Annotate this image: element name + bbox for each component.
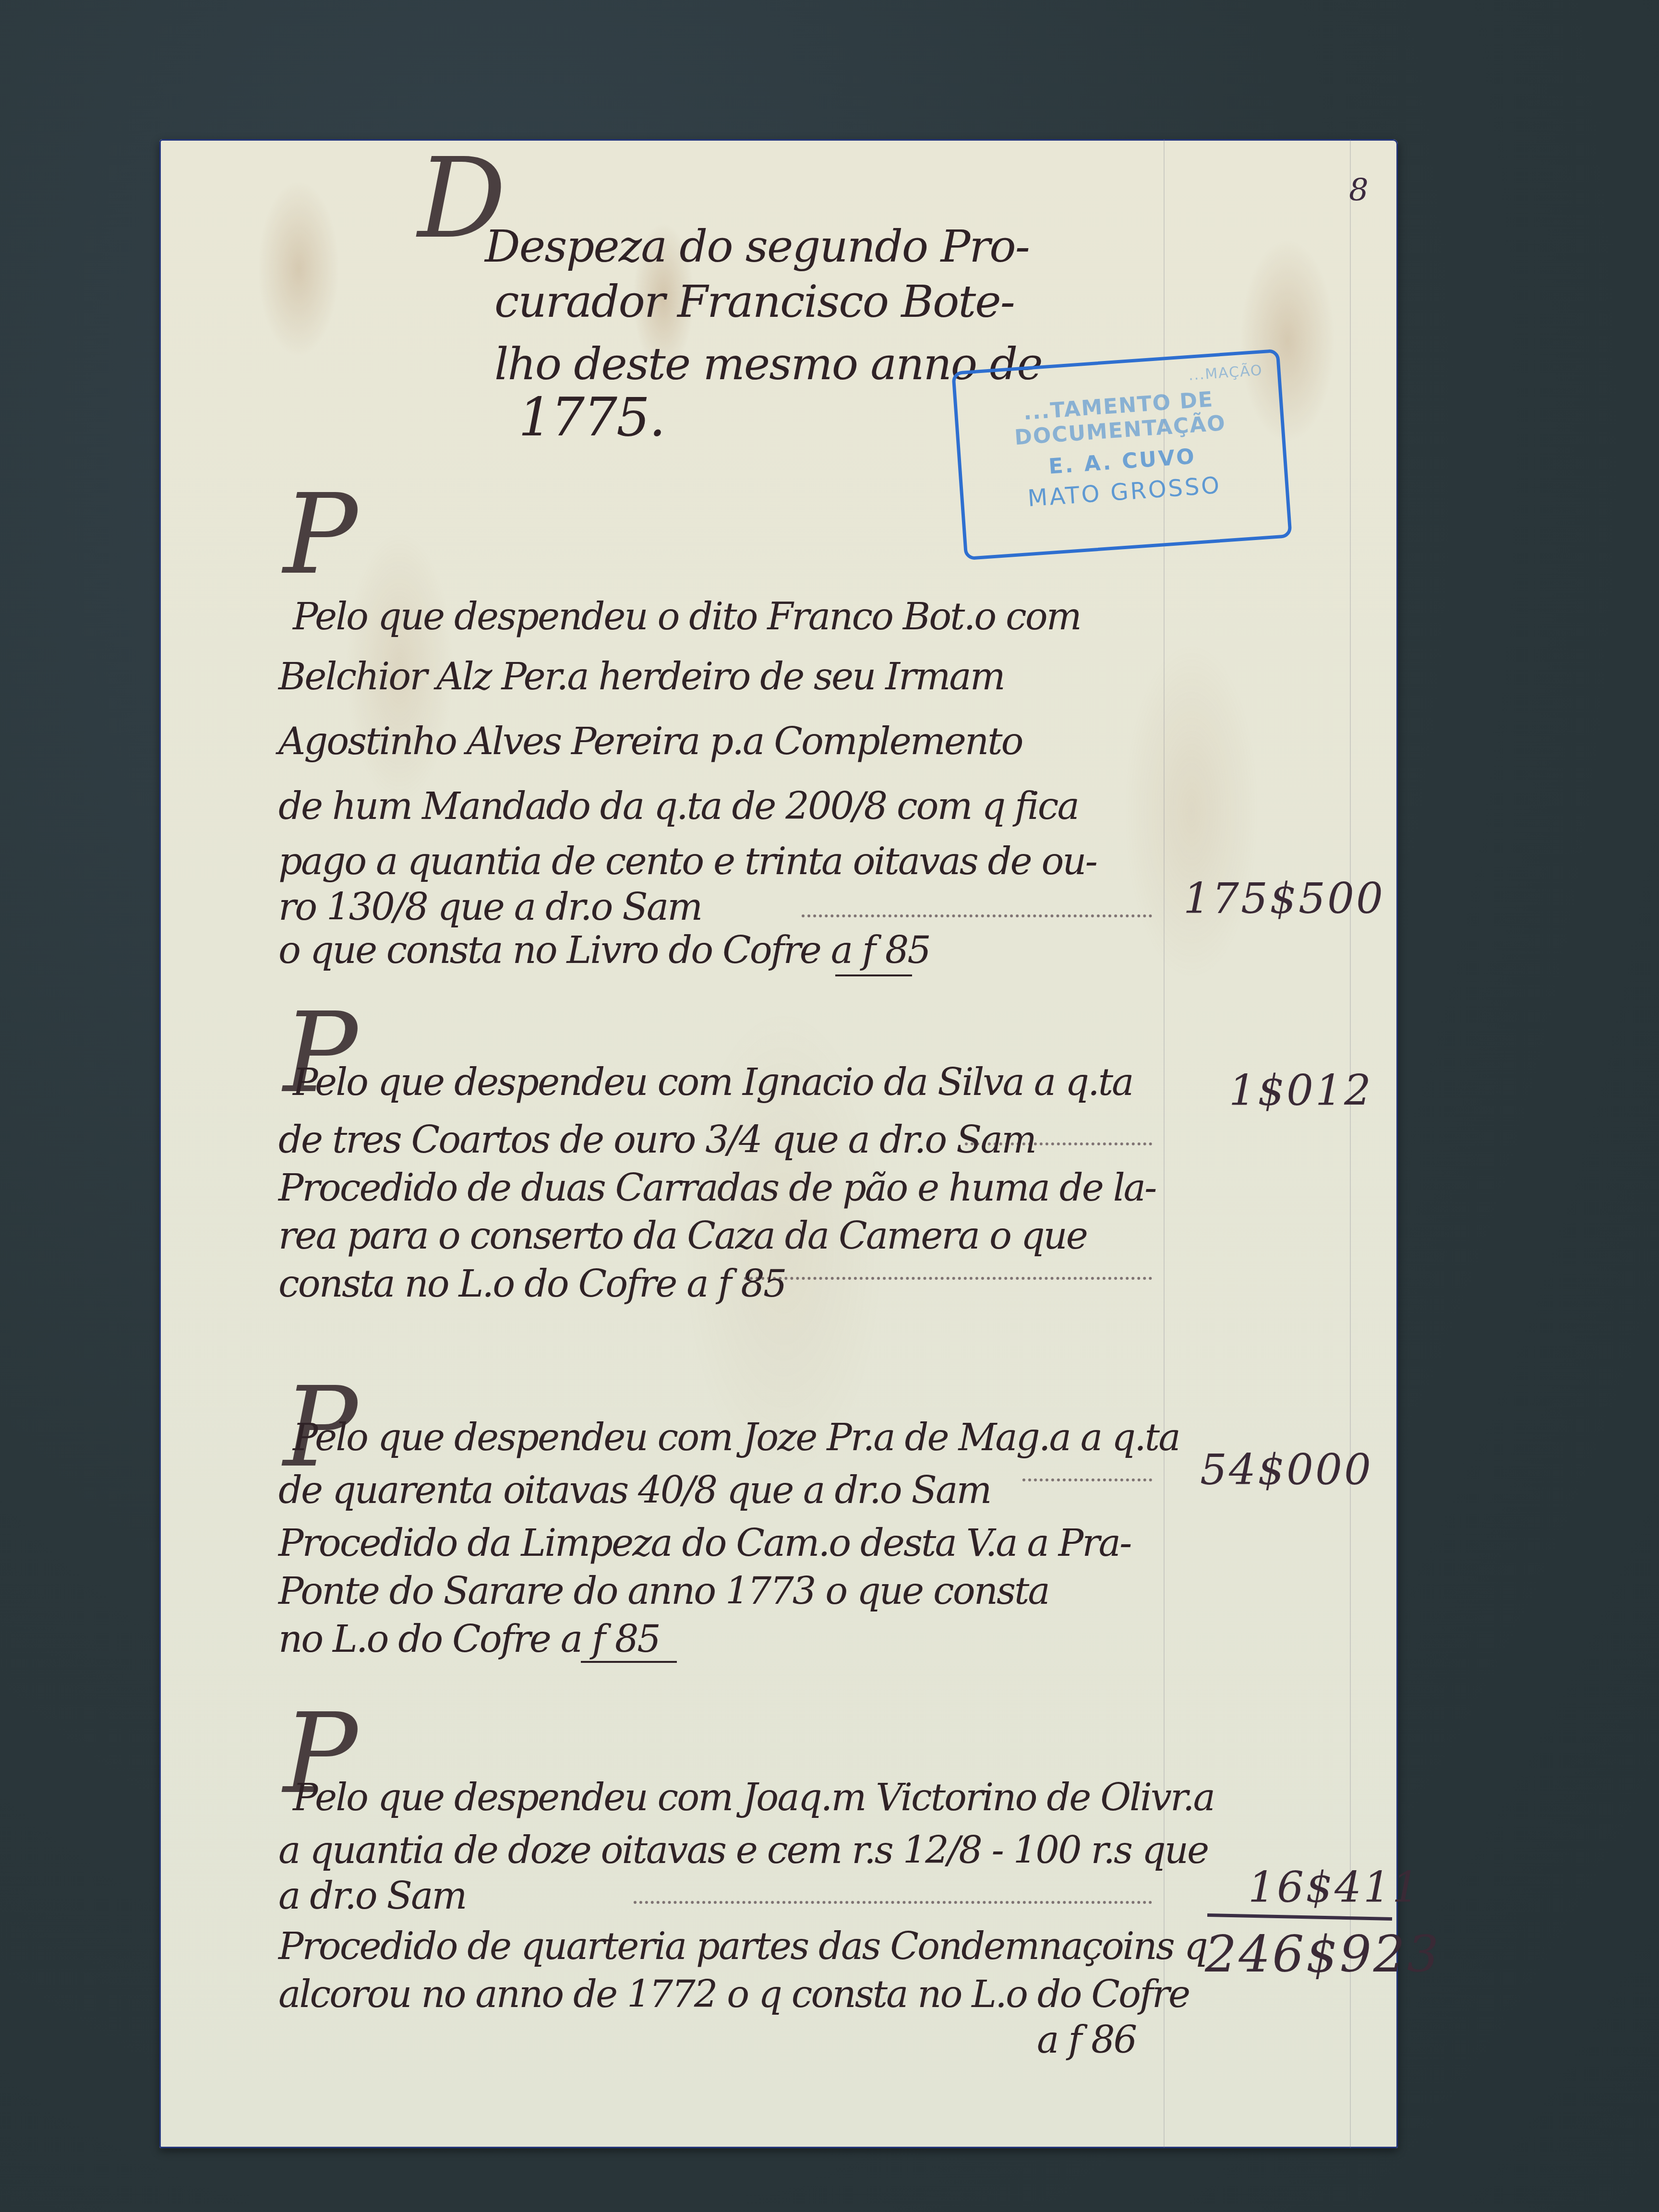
entry-amount: 175$500 xyxy=(1183,874,1385,923)
entry-line: a quantia de doze oitavas e cem r.s 12/8… xyxy=(278,1829,1208,1872)
entry-line: Ponte do Sarare do anno 1773 o que const… xyxy=(278,1570,1049,1613)
entry-line: no L.o do Cofre a f 85 xyxy=(278,1618,660,1661)
underline xyxy=(835,974,912,976)
total-amount: 246$923 xyxy=(1205,1925,1441,1984)
entry-line: Pelo que despendeu o dito Franco Bot.o c… xyxy=(293,595,1081,638)
leader-dots xyxy=(634,1901,1152,1904)
entry-line: Pelo que despendeu com Ignacio da Silva … xyxy=(293,1061,1133,1104)
leader-dots xyxy=(802,914,1152,917)
entry-line: a dr.o Sam xyxy=(278,1875,466,1918)
entry-line: consta no L.o do Cofre a f 85 xyxy=(278,1262,786,1306)
heading-line-2: curador Francisco Bote- xyxy=(494,276,1014,327)
entry-line: de tres Coartos de ouro 3/4 que a dr.o S… xyxy=(278,1118,1035,1162)
underline xyxy=(581,1661,677,1663)
entry-line: Agostinho Alves Pereira p.a Complemento xyxy=(278,720,1022,763)
entry-amount: 54$000 xyxy=(1200,1445,1373,1494)
entry-line: Belchior Alz Per.a herdeiro de seu Irmam xyxy=(278,655,1004,698)
entry-line: ro 130/8 que a dr.o Sam xyxy=(278,886,701,929)
entry-line: o que consta no Livro do Cofre a f 85 xyxy=(278,929,930,972)
entry-line: pago a quantia de cento e trinta oitavas… xyxy=(278,840,1096,883)
leader-dots xyxy=(965,1142,1152,1145)
entry-amount: 1$012 xyxy=(1229,1066,1373,1115)
archive-stamp: ...MAÇÃO ...TAMENTO DE DOCUMENTAÇÃO E. A… xyxy=(951,349,1292,561)
entry-line: Procedido da Limpeza do Cam.o desta V.a … xyxy=(278,1522,1130,1565)
ruled-margin-line xyxy=(1350,139,1351,2148)
entry-line: Procedido de duas Carradas de pão e huma… xyxy=(278,1166,1155,1210)
entry-line: alcorou no anno de 1772 o q consta no L.… xyxy=(278,1973,1189,2016)
entry-line: de quarenta oitavas 40/8 que a dr.o Sam xyxy=(278,1469,991,1512)
entry-line: de hum Mandado da q.ta de 200/8 com q fi… xyxy=(278,785,1078,828)
entry-line: Pelo que despendeu com Joaq.m Victorino … xyxy=(293,1776,1214,1819)
entry-line: rea para o conserto da Caza da Camera o … xyxy=(278,1214,1087,1258)
entry-line: Procedido de quarteria partes das Condem… xyxy=(278,1925,1207,1968)
heading-line-1: Despeza do segundo Pro- xyxy=(485,221,1029,272)
heading-year: 1775. xyxy=(518,386,665,448)
folio-number: 8 xyxy=(1349,173,1369,208)
leader-dots xyxy=(744,1277,1152,1280)
entry-line: a f 86 xyxy=(1037,2019,1136,2062)
entry-amount: 16$411 xyxy=(1248,1863,1421,1912)
entry-line: Pelo que despendeu com Joze Pr.a de Mag.… xyxy=(293,1416,1179,1459)
decorative-capital-p: P xyxy=(283,480,358,590)
leader-dots xyxy=(1022,1479,1152,1481)
